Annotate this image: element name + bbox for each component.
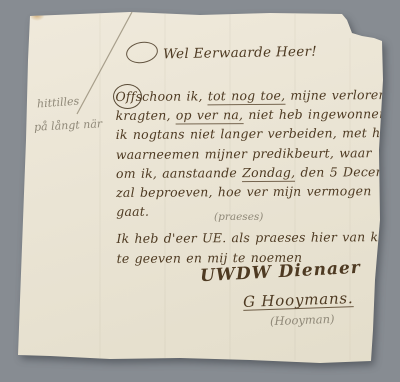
- paper-shadow: hittilles på långt när Wel Eerwaarde Hee…: [0, 0, 400, 382]
- letter-photograph: hittilles på långt när Wel Eerwaarde Hee…: [0, 0, 400, 382]
- manuscript-line: kragten, op ver na, niet heb ingewonnen,…: [116, 104, 392, 125]
- manuscript-line: zal beproeven, hoe ver mijn vermogen: [116, 181, 392, 202]
- signature-annotation-pencil: (Hooyman): [270, 312, 335, 328]
- signature: G Hooymans.: [243, 289, 354, 311]
- salutation: Wel Eerwaarde Heer!: [163, 44, 317, 63]
- letter-body: Offschoon ik, tot nog toe, mijne verlore…: [115, 85, 392, 268]
- paper-stain: [29, 9, 45, 21]
- manuscript-line: om ik, aanstaande Zondag, den 5 December: [116, 162, 392, 183]
- interline-note-pencil: (praeses): [214, 211, 263, 223]
- letter-paper: hittilles på långt när Wel Eerwaarde Hee…: [0, 0, 400, 382]
- manuscript-line: Ik heb d'eer UE. als praeses hier van ke…: [116, 227, 392, 248]
- manuscript-line: Offschoon ik, tot nog toe, mijne verlore…: [115, 85, 391, 106]
- manuscript-line: ik nogtans niet langer verbeiden, met he…: [116, 123, 392, 144]
- manuscript-line: waarneemen mijner predikbeurt, waar: [116, 143, 392, 164]
